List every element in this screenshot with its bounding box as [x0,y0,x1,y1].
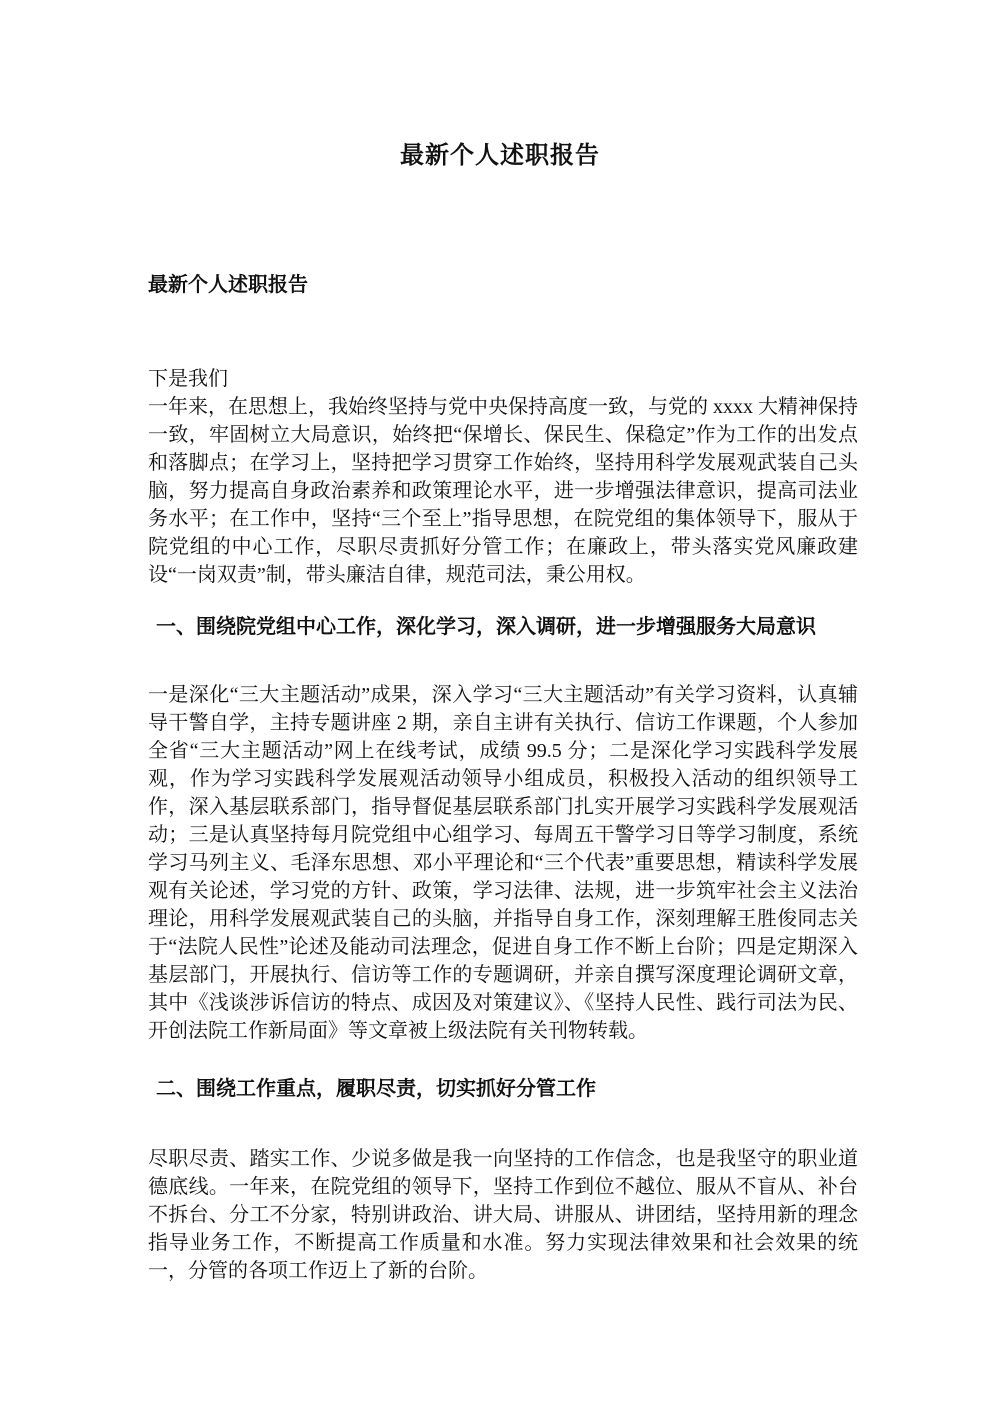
section-1-heading: 一、围绕院党组中心工作，深化学习，深入调研，进一步增强服务大局意识 [156,613,858,641]
document-title: 最新个人述职报告 [0,0,1000,171]
document-subtitle: 最新个人述职报告 [148,272,855,299]
opening-paragraph-block: 下是我们 一年来，在思想上，我始终坚持与党中央保持高度一致，与党的 xxxx 大… [148,365,858,589]
document-page: 最新个人述职报告 最新个人述职报告 下是我们 一年来，在思想上，我始终坚持与党中… [0,0,1000,1415]
section-2-heading: 二、围绕工作重点，履职尽责，切实抓好分管工作 [156,1075,858,1103]
intro-line: 下是我们 [148,365,858,393]
opening-paragraph: 一年来，在思想上，我始终坚持与党中央保持高度一致，与党的 xxxx 大精神保持一… [148,396,858,586]
section-2-body: 尽职尽责、踏实工作、少说多做是我一向坚持的工作信念，也是我坚守的职业道德底线。一… [148,1145,858,1285]
section-1-body: 一是深化“三大主题活动”成果，深入学习“三大主题活动”有关学习资料，认真辅导干警… [148,681,858,1045]
